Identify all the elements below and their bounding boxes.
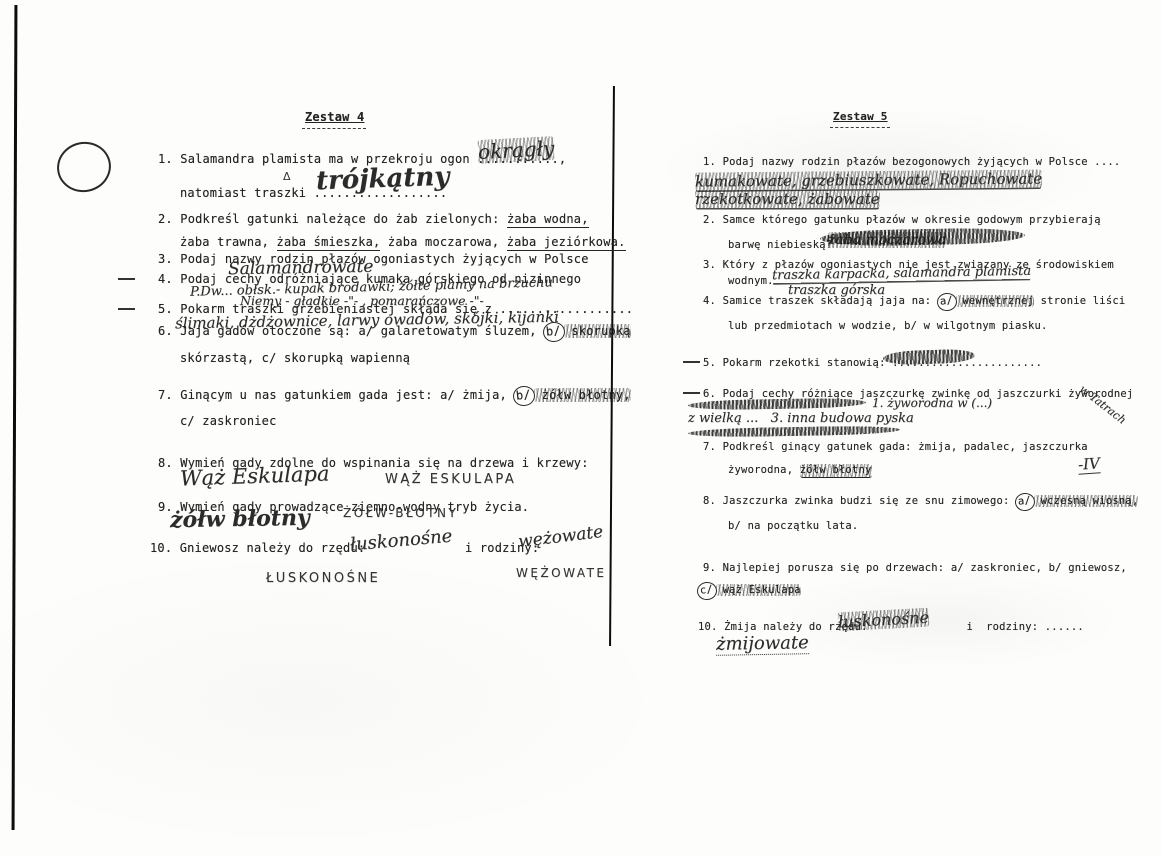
question-7-line2: c/ zaskroniec: [180, 414, 277, 429]
handwritten-answer-caps: WĄŻ ESKULAPA: [385, 472, 516, 487]
question-2-text: 2. Podkreśl gatunki należące do żab ziel…: [158, 212, 507, 226]
handwritten-grade-mark: -IV: [1077, 454, 1100, 474]
circled-option-b: b/: [542, 321, 566, 343]
scribbled-word: wewnętrznej: [956, 295, 1034, 307]
handwritten-answer: 1. żyworodna w (...): [872, 396, 992, 410]
question-10-post: i rodziny: ......: [960, 621, 1084, 634]
page-left-edge-line: [12, 5, 18, 830]
scribble-mark: [688, 425, 900, 438]
circled-option-b: b/: [512, 385, 536, 407]
margin-dash-mark: [683, 361, 700, 363]
question-4-text: stronie liści: [1034, 295, 1125, 307]
question-2-line2: żaba trawna, żaba śmieszka, żaba moczaro…: [180, 235, 626, 250]
handwritten-answer: żmijowate: [716, 632, 809, 656]
question-4-text: 4. Samice traszek składają jaja na:: [703, 295, 938, 307]
question-7-text: 7. Ginącym u nas gatunkiem gada jest: a/…: [158, 388, 514, 402]
question-2-line1: 2. Samce którego gatunku płazów w okresi…: [703, 214, 1101, 227]
handwritten-answer: żółw błotny: [170, 505, 310, 533]
handwritten-answer-caps: WĘŻOWATE: [516, 566, 607, 580]
margin-dash-mark: [118, 278, 135, 280]
question-9-line1: 9. Najlepiej porusza się po drzewach: a/…: [703, 562, 1127, 575]
question-7-text: żyworodna,: [728, 464, 800, 476]
handwritten-answer: łuskonośne: [838, 608, 930, 632]
question-2-text: żaba trawna,: [180, 235, 277, 249]
underlined-species: żaba jeziórkowa.: [507, 235, 626, 251]
handwritten-answer-caps: ŻÓŁW-BŁOTNY: [343, 506, 458, 520]
handwritten-answer: wężowate: [517, 522, 604, 552]
question-8-text: 8. Jaszczurka zwinka budzi się ze snu zi…: [703, 495, 1016, 507]
handwritten-answer: łuskonośne: [349, 526, 453, 556]
question-4-line1: 4. Samice traszek składają jaja na: a/ w…: [703, 295, 1125, 309]
question-2-line1: 2. Podkreśl gatunki należące do żab ziel…: [158, 212, 589, 227]
handwritten-answer-caps: ŁUSKONOŚNE: [266, 571, 380, 586]
question-7-line2: żyworodna, żółw błotny: [728, 464, 872, 477]
scribble-mark: [820, 227, 1025, 247]
handwritten-answer: z wielką ... 3. inna budowa pyska: [688, 411, 914, 426]
question-1-line1: 1. Podaj nazwy rodzin płazów bezogonowyc…: [703, 156, 1120, 169]
circled-option-a: a/: [936, 292, 958, 312]
handwritten-circle-mark: [52, 137, 115, 197]
question-2-text: żaba moczarowa,: [380, 235, 506, 249]
question-5-line1: 5. Pokarm rzekotki stanowią: ...........…: [703, 357, 1042, 370]
circled-option-a: a/: [1014, 492, 1036, 512]
question-6-line1: 6. Jaja gadów otoczone są: a/ galaretowa…: [158, 324, 631, 340]
page-fold-line: [609, 86, 615, 646]
question-9-line2: c/ wąż Eskulapa: [698, 584, 801, 598]
scribbled-word: żółw błotny,: [534, 388, 631, 402]
underlined-species: żaba wodna,: [507, 212, 589, 228]
handwritten-answer: okrągły: [477, 136, 554, 164]
underlined-species: żaba śmieszka,: [277, 235, 381, 251]
scribbled-word: wczesną wiosną,: [1034, 495, 1138, 507]
left-page-title: Zestaw 4: [305, 110, 364, 125]
question-7-line1: 7. Podkreśl ginący gatunek gada: żmija, …: [703, 441, 1088, 454]
question-10-pre: 10. Gniewosz należy do rzędu:: [150, 541, 365, 556]
scanned-exam-sheet: Zestaw 4 1. Salamandra plamista ma w prz…: [0, 0, 1161, 857]
scribbled-word: skorupką: [564, 324, 631, 338]
scribbled-word: wąż Eskulapa: [716, 584, 801, 596]
question-3-line2: wodnym.: [728, 275, 774, 288]
handwritten-answer: rzekotkowate, żabowate: [695, 190, 880, 208]
margin-dash-mark: [118, 308, 135, 310]
circled-option-c: c/: [696, 581, 718, 601]
handwritten-answer: Wąż Eskulapa: [180, 461, 330, 490]
right-page-title: Zestaw 5: [833, 110, 888, 124]
question-6-text: 6. Jaja gadów otoczone są: a/ galaretowa…: [158, 324, 544, 338]
question-4-line2: lub przedmiotach w wodzie, b/ w wilgotny…: [728, 320, 1048, 333]
underlined-scribbled-species: żółw błotny: [800, 464, 872, 478]
question-8-line1: 8. Jaszczurka zwinka budzi się ze snu zi…: [703, 495, 1138, 509]
handwritten-answer: kumakowate, grzebiuszkowate, Ropuchowate: [695, 169, 1042, 190]
title-dash-underline: [302, 128, 366, 129]
question-6-line2: skórzastą, c/ skorupką wapienną: [180, 351, 410, 366]
margin-dash-mark: [683, 392, 700, 394]
handwritten-answer: trójkątny: [316, 162, 450, 197]
triangle-mark: Δ: [283, 170, 291, 183]
question-8-line2: b/ na początku lata.: [728, 520, 858, 533]
handwritten-answer: traszka karpacka, salamandra plamista: [772, 264, 1031, 284]
title-dash-underline: [830, 127, 890, 128]
question-7-line1: 7. Ginącym u nas gatunkiem gada jest: a/…: [158, 388, 631, 404]
